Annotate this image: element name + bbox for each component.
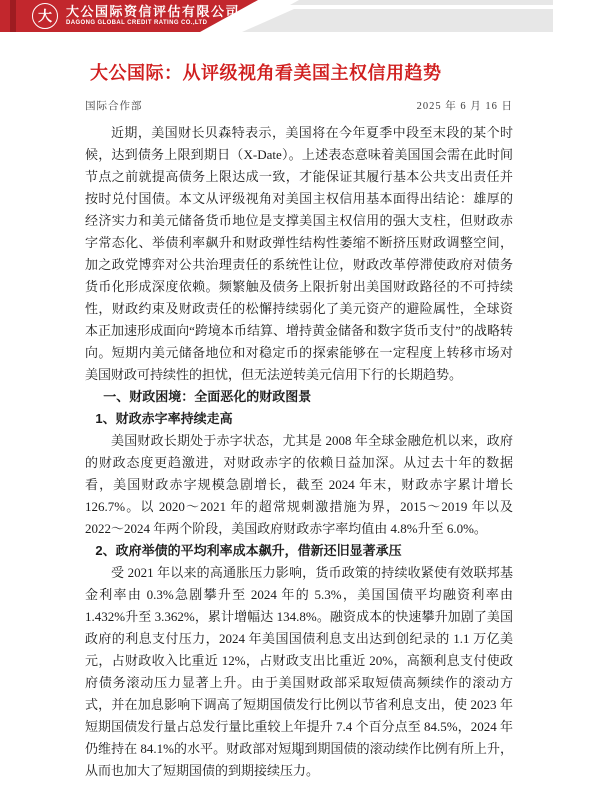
article: 大公国际：从评级视角看美国主权信用趋势 国际合作部 2025 年 6 月 16 … xyxy=(0,32,600,782)
department-label: 国际合作部 xyxy=(85,98,143,113)
paragraph-intro: 近期，美国财长贝森特表示，美国将在今年夏季中段至末段的某个时候，达到债务上限到期… xyxy=(85,122,513,386)
document-page: 大 大公国际资信评估有限公司 DAGONG GLOBAL CREDIT RATI… xyxy=(0,0,600,800)
company-name-block: 大公国际资信评估有限公司 DAGONG GLOBAL CREDIT RATING… xyxy=(66,4,240,27)
gray-stripe-thick xyxy=(242,9,553,32)
section-heading-1: 一、财政困境：全面恶化的财政图景 xyxy=(85,386,513,408)
company-name-cn: 大公国际资信评估有限公司 xyxy=(66,4,240,19)
sub-heading-1-1: 1、财政赤字率持续走高 xyxy=(85,408,513,430)
paragraph-deficit: 美国财政长期处于赤字状态，尤其是 2008 年全球金融危机以来，政府的财政态度更… xyxy=(85,430,513,540)
article-meta: 国际合作部 2025 年 6 月 16 日 xyxy=(85,98,513,113)
dagong-logo-icon: 大 xyxy=(32,3,58,29)
publish-date: 2025 年 6 月 16 日 xyxy=(417,98,513,113)
banner-accent-bar xyxy=(10,0,16,32)
gray-stripe-thin xyxy=(290,0,553,5)
article-body: 近期，美国财长贝森特表示，美国将在今年夏季中段至末段的某个时候，达到债务上限到期… xyxy=(85,122,513,782)
letterhead: 大 大公国际资信评估有限公司 DAGONG GLOBAL CREDIT RATI… xyxy=(0,0,600,32)
sub-heading-1-2: 2、政府举债的平均利率成本飙升，借新还旧显著承压 xyxy=(85,540,513,562)
company-name-en: DAGONG GLOBAL CREDIT RATING CO.,LTD xyxy=(66,19,240,27)
logo-glyph: 大 xyxy=(38,9,52,23)
page-number: 1 xyxy=(0,748,600,759)
page-title: 大公国际：从评级视角看美国主权信用趋势 xyxy=(85,59,513,85)
